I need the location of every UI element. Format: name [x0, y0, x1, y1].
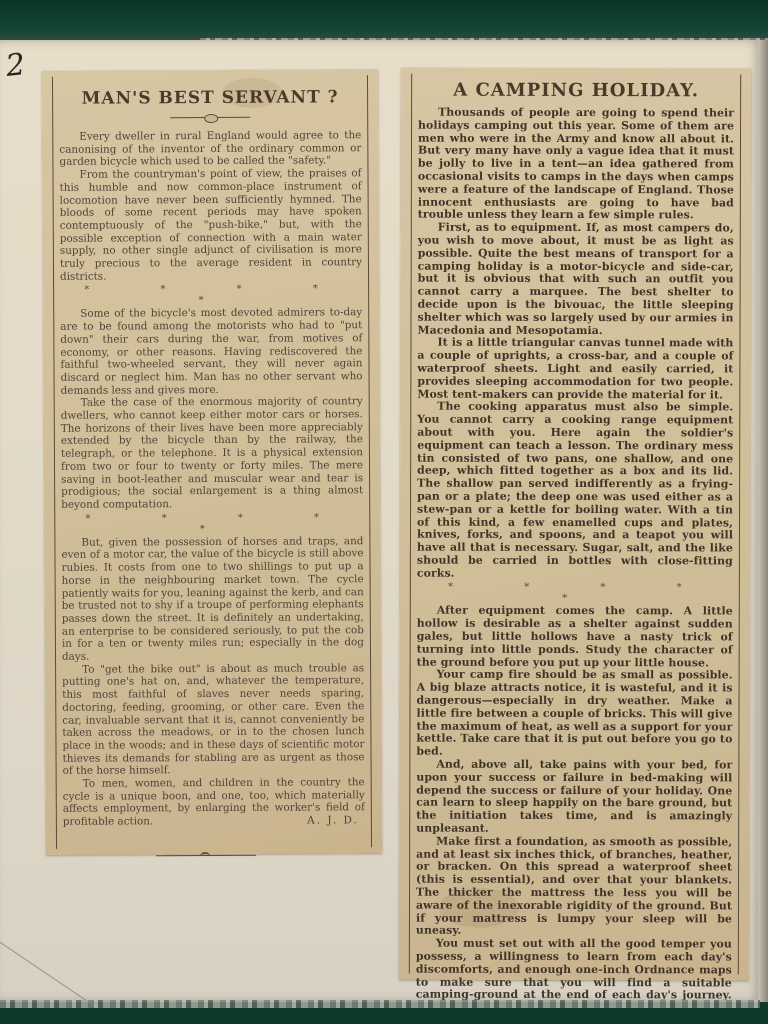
ornament-divider-icon [170, 114, 250, 122]
handwritten-page-number: 2 [4, 47, 27, 84]
author-initials: A. J. D. [287, 814, 359, 827]
article-headline: A CAMPING HOLIDAY. [418, 80, 734, 102]
article-paragraph: But, given the possession of horses and … [61, 535, 364, 664]
clipping-column: MAN'S BEST SERVANT ? Every dweller in ru… [52, 75, 372, 849]
article-paragraph: Thousands of people are going to spend t… [418, 107, 734, 223]
article-paragraph: Every dweller in rural England would agr… [59, 129, 361, 169]
clipping-camping-holiday: A CAMPING HOLIDAY. Thousands of people a… [399, 68, 751, 981]
article-paragraph: To "get the bike out" is about as much t… [62, 662, 365, 778]
clipping-column: A CAMPING HOLIDAY. Thousands of people a… [409, 74, 741, 975]
section-break-stars: * * * * * [74, 284, 362, 308]
album-cover-top [0, 0, 768, 40]
article-paragraph: Some of the bicycle's most devoted admir… [60, 307, 362, 398]
article-paragraph: After equipment comes the camp. A little… [417, 605, 733, 670]
article-paragraph: To men, women, and children in the count… [63, 776, 365, 828]
album-cover-bottom [0, 1008, 768, 1024]
article-paragraph: From the countryman's point of view, the… [59, 167, 362, 283]
article-paragraph: It is a little triangular canvas tunnel … [417, 337, 733, 402]
article-paragraph: And, above all, take pains with your bed… [416, 759, 732, 837]
article-paragraph: First, as to equipment. If, as most camp… [417, 222, 733, 338]
section-break-stars: * * * * * [75, 512, 363, 536]
article-paragraph: The cooking apparatus must also be simpl… [417, 401, 733, 581]
page-edge [758, 40, 768, 1002]
section-break-stars: * * * * * [431, 582, 733, 605]
article-paragraph: Your camp fire should be as small as pos… [416, 669, 732, 759]
clipping-mans-best-servant: MAN'S BEST SERVANT ? Every dweller in ru… [42, 69, 382, 855]
article-headline: MAN'S BEST SERVANT ? [59, 87, 361, 109]
article-paragraph: Make first a foundation, as smooth as po… [416, 835, 732, 938]
article-paragraph: Take the case of the enormous majority o… [61, 396, 364, 512]
